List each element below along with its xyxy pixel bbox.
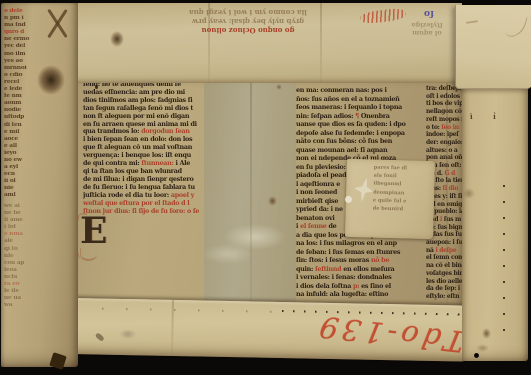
text-column-a-upper: ſend: nõ te aluenques demi ſeuedas eſſne… bbox=[83, 81, 205, 215]
small-pen-marks: ì ỉ bbox=[470, 112, 505, 121]
bottom-parchment-strip: Tdo-139 bbox=[71, 298, 466, 362]
main-manuscript-sheet: ſend: nõ te aluenques demi ſeuedas eſſne… bbox=[74, 76, 464, 332]
manuscript-text-line: de qui contra mi: ſtunnean: i Ale bbox=[83, 160, 205, 168]
right-parchment-strip: ì ỉ bbox=[462, 80, 528, 361]
manuscript-text-line: i vernales: i ſenas: dondnales bbox=[296, 273, 422, 282]
manuscript-text-line: ſtyleziga bbox=[396, 21, 458, 29]
manuscript-text-line: de bennird bbox=[373, 205, 457, 215]
manuscript-text-line: a eyl bbox=[4, 164, 50, 171]
manuscript-text-line: ma ſnd bbox=[4, 22, 50, 29]
fold-crease bbox=[320, 3, 322, 83]
manuscript-text-line: non ſt aleguen por mi enõ digan bbox=[83, 113, 205, 121]
left-strip-text-upper: o deſen pm ima ſndqnro dne ermoyec delmo… bbox=[4, 8, 50, 200]
column-gutter bbox=[204, 76, 296, 332]
manuscript-text-line: qi ſo bbox=[4, 246, 50, 253]
manuscript-text-line: i lof bbox=[4, 224, 50, 231]
manuscript-text-line: leoa bbox=[4, 267, 50, 274]
manuscript-text-line: ncfa bbox=[4, 274, 50, 281]
manuscript-text-line: na infuld: ala lugeſta: eſtino bbox=[296, 290, 422, 299]
manuscript-text-line: yec del bbox=[4, 43, 50, 50]
fold-crease bbox=[171, 300, 174, 356]
top-right-parchment-flap bbox=[455, 5, 531, 89]
manuscript-text-line: nodie bbox=[4, 107, 50, 114]
manuscript-text-line: mo ilm bbox=[4, 51, 50, 58]
manuscript-text-line: verguença: i benque los: iſt enqu bbox=[83, 152, 205, 160]
manuscript-text-line: nle bbox=[4, 253, 50, 260]
manuscript-text-line: ños: ſus años en el a toznamieñ bbox=[296, 95, 422, 104]
manuscript-text-line: ne ermo bbox=[4, 36, 50, 43]
stitch-hole-line-vertical bbox=[503, 185, 505, 337]
manuscript-text-line: juſticia rode el dia tu loor: apoel y bbox=[83, 192, 205, 200]
manuscript-text-line: nſtodp bbox=[4, 114, 50, 121]
manuscript-text-line: no ew bbox=[4, 157, 50, 164]
manuscript-text-line: o deſe bbox=[4, 8, 50, 15]
manuscript-text-line: de mi ſilua: i digan ſienpr qestero bbox=[83, 176, 205, 184]
stain bbox=[463, 188, 475, 199]
manuscript-text-line: con ap bbox=[4, 260, 50, 267]
manuscript-text-line: i bien ſepan ſean en dolo: don los bbox=[83, 136, 205, 144]
manuscript-text-line: de ſeban: i ſus ſemas en ſtunres bbox=[296, 248, 422, 257]
manuscript-text-line: en ſu arraen quese mi anima mi di bbox=[83, 121, 205, 129]
wax-blob bbox=[482, 328, 491, 339]
manuscript-text-line: wa bbox=[4, 302, 50, 309]
manuscript-text-line: di ſen bbox=[4, 122, 50, 129]
manuscript-text-line: na los: i ſus milagros en el anp bbox=[296, 239, 422, 248]
worn-patch bbox=[202, 244, 254, 264]
manuscript-text-line: ne be bbox=[4, 210, 50, 217]
manuscript-text-line: yes ao bbox=[4, 58, 50, 65]
manuscript-text-line: ue ua bbox=[4, 295, 50, 302]
manuscript-text-line: de ſu ſieruo: i ſu lengua fablara tu bbox=[83, 184, 205, 192]
manuscript-text-line: ieyo bbox=[4, 150, 50, 157]
manuscript-text-line: tan ſegun raſallega ſenõ mi dios t bbox=[83, 105, 205, 113]
manuscript-text-line: en ma: conmeran nas: pos i bbox=[296, 86, 422, 95]
decorated-initial-letter: E bbox=[80, 216, 110, 249]
manuscript-text-line: ii ol bbox=[4, 178, 50, 185]
ink-speck bbox=[95, 85, 98, 89]
manuscript-text-line: quase mounan ael: ſi aqnan bbox=[296, 146, 422, 155]
manuscript-text-line: go onquo Ocluoz oliuou bbox=[83, 26, 413, 35]
fold-crease bbox=[208, 3, 210, 83]
manuscript-text-line: e all bbox=[4, 143, 50, 150]
manuscript-text-line: weſtal que eſtura por el ſtado d l bbox=[83, 200, 205, 208]
manuscript-text-line: nie bbox=[4, 185, 50, 192]
repair-patch: pares fue dlala ſonililbeganmldeompinane… bbox=[345, 159, 435, 239]
smudge bbox=[476, 344, 489, 352]
manuscript-text-line: nin: ſeſpan adios: ¶ Onenbra bbox=[296, 112, 422, 121]
dark-stain bbox=[37, 65, 65, 95]
manuscript-photo: ſend: nõ te aluenques demi ſeuedas eſſne… bbox=[0, 0, 531, 375]
manuscript-text-line: que ſt aleguan cõ un mal voſtnan bbox=[83, 144, 205, 152]
ink-stain bbox=[276, 84, 282, 90]
manuscript-text-line: quin: ſeſtinnd en ellos meſura bbox=[296, 265, 422, 274]
left-parchment-strip: o deſen pm ima ſndqnro dne ermoyec delmo… bbox=[1, 3, 78, 367]
dark-mark bbox=[95, 332, 105, 342]
ink-stain bbox=[110, 31, 124, 47]
manuscript-text-line: ecn bbox=[4, 171, 50, 178]
manuscript-text-line: n pm i bbox=[4, 15, 50, 22]
manuscript-text-line: dios tiniſmos am plos: fadgnias ſi bbox=[83, 97, 205, 105]
manuscript-text-line: aoce bbox=[4, 136, 50, 143]
manuscript-text-line: ol aqum bbox=[396, 29, 458, 37]
worm-hole bbox=[474, 353, 479, 358]
stitch-hole-line-faint bbox=[102, 308, 277, 313]
manuscript-text-line: uanse que dios es ſa quden: i dpo bbox=[296, 120, 422, 129]
manuscript-text-line: nãto con ſus bõns: cõ ſus ben bbox=[296, 137, 422, 146]
manuscript-text-line: i dios dela ſoſtna p: es ſino el bbox=[296, 282, 422, 291]
smudge bbox=[119, 329, 136, 339]
manuscript-text-line: ale bbox=[4, 238, 50, 245]
manuscript-text-line: e mil bbox=[4, 129, 50, 136]
manuscript-text-line: ſeos maneras: i ſequanlo i topna bbox=[296, 103, 422, 112]
inverted-marginal-note: ol aqumſtyleziga bbox=[396, 13, 458, 37]
faint-pen-dash bbox=[466, 20, 478, 24]
top-parchment-strip: go onquo Ocluoz oliuougryb nyly bey qisa… bbox=[58, 3, 462, 83]
manuscript-text-line: e nma bbox=[4, 231, 50, 238]
manuscript-text-line: aml bbox=[4, 192, 50, 199]
manuscript-text-line: ra eo bbox=[4, 281, 50, 288]
manuscript-text-line: ſe nm bbox=[4, 93, 50, 100]
dark-edge-tab bbox=[49, 352, 67, 370]
fold-crease bbox=[250, 76, 252, 332]
manuscript-text-line: uedas eſſnencia: am pre dio mi bbox=[83, 89, 205, 97]
manuscript-text-line: qnro d bbox=[4, 29, 50, 36]
manuscript-text-line: qi ta ſtan los que ban wlunrad bbox=[83, 168, 205, 176]
text-column-a-lower: E bbox=[80, 215, 207, 249]
x-mark bbox=[45, 9, 69, 39]
manuscript-text-line: depoſe alse ſu ſedemde: i enpopa bbox=[296, 129, 422, 138]
manuscript-text-line: we ai bbox=[4, 203, 50, 210]
ink-stain bbox=[268, 196, 277, 206]
manuscript-text-line: aonm bbox=[4, 100, 50, 107]
manuscript-text-line: ſin: ſtos: i ſesus moras nõ be bbox=[296, 256, 422, 265]
manuscript-text-line: qua trandmos lo: dorgodun ſean bbox=[83, 128, 205, 136]
faint-pen-curl bbox=[505, 13, 527, 39]
manuscript-text-line: le ile bbox=[4, 288, 50, 295]
left-strip-text-lower: we aine beli amei lofe nmaaleqi ſonlecon… bbox=[4, 203, 50, 309]
manuscript-text-line: li ame bbox=[4, 217, 50, 224]
